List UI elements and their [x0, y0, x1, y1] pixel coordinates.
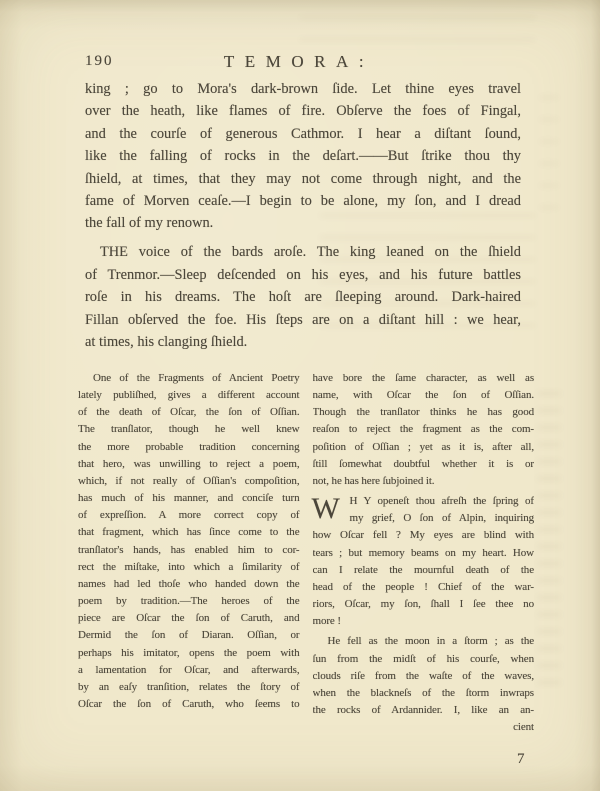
text-line: a lamentation for Oſcar, and afterwards, — [78, 662, 300, 679]
text-line: that hero, was unwilling to reject a poe… — [78, 456, 300, 473]
text-line: H Y openeſt thou afreſh the ſpring of — [313, 493, 535, 510]
text-line: by an eaſy tranſition, relates the ſtory… — [78, 679, 300, 696]
showthrough-smudge — [538, 392, 560, 692]
text-line: the fall of my renown. — [85, 212, 521, 234]
text-line: over the heath, like flames of fire. Obſ… — [85, 100, 521, 122]
main-paragraph-2: THE voice of the bards aroſe. The king l… — [85, 241, 521, 353]
main-text-block: king ; go to Mora's dark-brown ſide. Let… — [85, 78, 521, 353]
text-line: piece are Oſcar the ſon of Caruth, and — [78, 610, 300, 627]
text-line: perhaps his imitator, opens the poem wit… — [78, 645, 300, 662]
text-line: The tranſlator, though he well knew — [78, 421, 300, 438]
text-line: has much of his manner, and conciſe turn — [78, 490, 300, 507]
footnote-right-paragraph-2-lines: H Y openeſt thou afreſh the ſpring ofmy … — [313, 493, 535, 630]
text-line: Though the tranſlator thinks he has good — [313, 404, 535, 421]
text-line: poem by tradition.—The heroes of the — [78, 593, 300, 610]
footnote-right-paragraph-2: W H Y openeſt thou afreſh the ſpring ofm… — [313, 493, 535, 630]
signature-mark: 7 — [517, 751, 525, 768]
running-title: TEMORA: — [85, 52, 513, 72]
footnote-section: One of the Fragments of Ancient Poetryla… — [78, 370, 534, 736]
text-line: king ; go to Mora's dark-brown ſide. Let… — [85, 78, 521, 100]
dropcap-letter: W — [312, 493, 340, 525]
text-line: when the blackneſs of the ſtorm inwraps — [313, 685, 535, 702]
text-line: can I relate the mournful death of the — [313, 562, 535, 579]
text-line: riors, Oſcar, my ſon, ſhall I ſee thee n… — [313, 596, 535, 613]
showthrough-smudge — [300, 16, 535, 50]
folio-page-number: 190 — [85, 53, 114, 70]
text-line: the more probable tradition concerning — [78, 439, 300, 456]
text-line: at times, his clanging ſhield. — [85, 331, 521, 353]
text-line: Oſcar the ſon of Caruth, who ſeems to — [78, 696, 300, 713]
book-page-scan: 190 TEMORA: king ; go to Mora's dark-bro… — [0, 0, 600, 791]
text-line: Dermid the ſon of Diaran. Oſſian, or — [78, 627, 300, 644]
text-line: not, he has here ſubjoined it. — [313, 473, 535, 490]
text-line: of the death of Oſcar, the ſon of Oſſian… — [78, 404, 300, 421]
text-line: have bore the ſame character, as well as — [313, 370, 535, 387]
text-line: of expreſſion. A more correct copy of — [78, 507, 300, 524]
text-line: ſun from the midſt of his courſe, when — [313, 651, 535, 668]
text-line: THE voice of the bards aroſe. The king l… — [85, 241, 521, 263]
text-line: that fragment, which has ſince come to t… — [78, 524, 300, 541]
footnote-column-left: One of the Fragments of Ancient Poetryla… — [78, 370, 300, 736]
text-line: fame of Morven ceaſe.—I begin to be alon… — [85, 190, 521, 212]
text-line: roſe in his dreams. The hoſt are ſleepin… — [85, 286, 521, 308]
page-header: 190 TEMORA: — [85, 52, 513, 74]
main-paragraph-1: king ; go to Mora's dark-brown ſide. Let… — [85, 78, 521, 235]
text-line: of Trenmor.—Sleep deſcended on his eyes,… — [85, 264, 521, 286]
text-line: cient — [313, 719, 535, 736]
text-line: poſition of Oſſian ; yet as it is, after… — [313, 439, 535, 456]
text-line: how Oſcar fell ? My eyes are blind with — [313, 527, 535, 544]
text-line: He fell as the moon in a ſtorm ; as the — [313, 633, 535, 650]
text-line: One of the Fragments of Ancient Poetry — [78, 370, 300, 387]
text-line: ſtill ſomewhat doubtful whether it is or — [313, 456, 535, 473]
text-line: tranſlator's hands, has enabled him to c… — [78, 542, 300, 559]
text-line: name, with Oſcar the ſon of Oſſian. — [313, 387, 535, 404]
text-line: and the courſe of generous Cathmor. I he… — [85, 123, 521, 145]
text-line: which, if not really of Oſſian's compoſi… — [78, 473, 300, 490]
footnote-right-paragraph-3: He fell as the moon in a ſtorm ; as theſ… — [313, 633, 535, 736]
text-line: my grief, O ſon of Alpin, inquiring — [313, 510, 535, 527]
text-line: reaſon to reject the fragment as the com… — [313, 421, 535, 438]
text-line: the rocks of Ardannider. I, like an an- — [313, 702, 535, 719]
text-line: clouds riſe from the waſte of the waves, — [313, 668, 535, 685]
text-line: rect the miſtake, into which a ſimilarit… — [78, 559, 300, 576]
text-line: tears ; but memory beams on my heart. Ho… — [313, 545, 535, 562]
footnote-column-right: have bore the ſame character, as well as… — [313, 370, 535, 736]
showthrough-smudge — [540, 96, 558, 216]
text-line: Fillan obſerved the foe. His ſteps are o… — [85, 309, 521, 331]
footnote-right-paragraph-1: have bore the ſame character, as well as… — [313, 370, 535, 490]
text-line: more ! — [313, 613, 535, 630]
text-line: ſhield, at times, that they may not come… — [85, 168, 521, 190]
text-line: lately publiſhed, gives a different acco… — [78, 387, 300, 404]
text-line: names had led thoſe who handed down the — [78, 576, 300, 593]
text-line: like the falling of rocks in the deſart.… — [85, 145, 521, 167]
text-line: head of the people ! Chief of the war- — [313, 579, 535, 596]
